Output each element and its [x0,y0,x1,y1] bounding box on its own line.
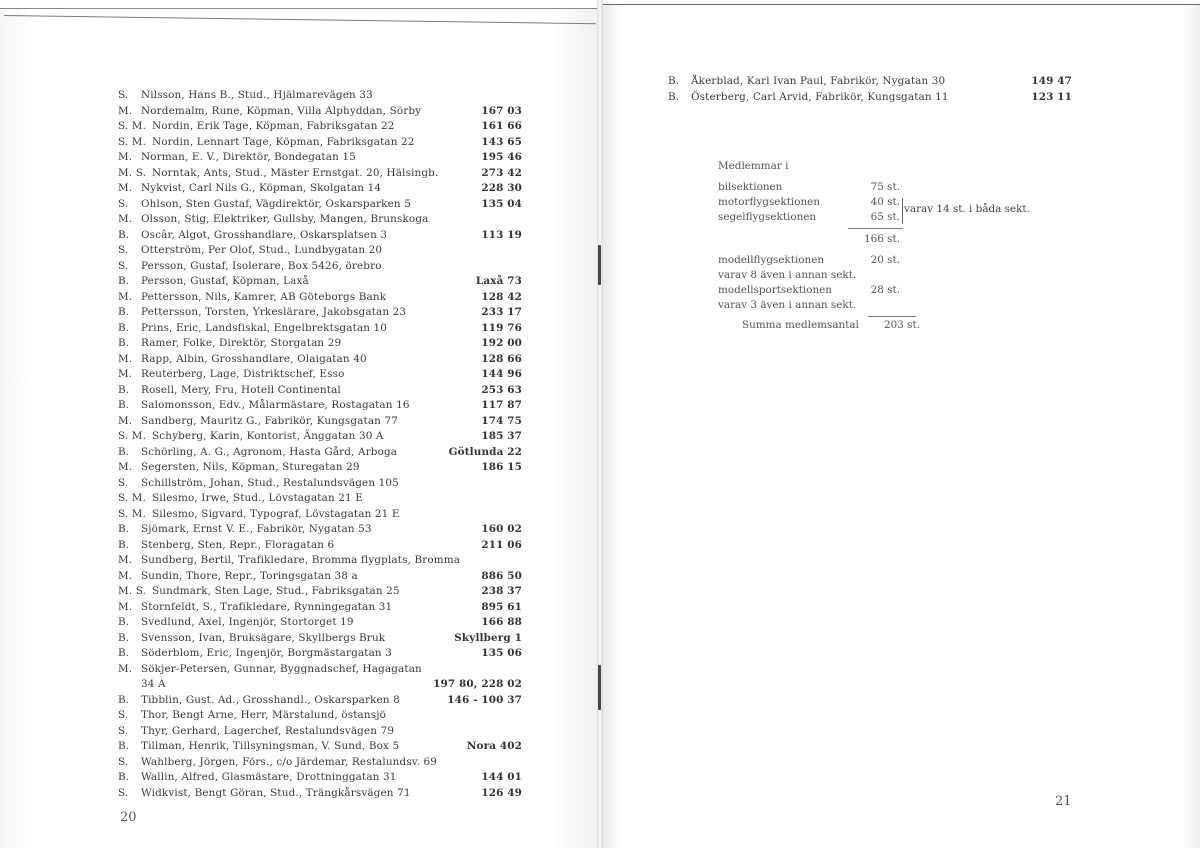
member-name-address: Sundmark, Sten Lage, Stud., Fabriksgatan… [152,584,400,600]
section-count: 65 st. [871,210,900,225]
member-name-address: Nordemalm, Rune, Köpman, Villa Alphyddan… [141,104,421,120]
page-number-left: 20 [120,810,137,825]
member-list-right: B.Åkerblad, Karl Ivan Paul, Fabrikör, Ny… [668,74,1072,105]
member-entry: S.Persson, Gustaf, Isolerare, Box 5426, … [118,259,522,275]
member-entry: S.Widkvist, Bengt Göran, Stud., Trängkår… [118,786,522,802]
stats-row-modellsport: modellsportsektionen 28 st. [718,283,900,298]
member-entry: M.Rapp, Albin, Grosshandlare, Olaigatan … [118,352,522,368]
member-entry: M. S.Norntak, Ants, Stud., Mäster Ernstg… [118,166,522,182]
phone-number: 895 61 [481,600,522,616]
member-name-address: Stornfeldt, S., Trafikledare, Rynningega… [141,600,392,616]
member-name-address: Salomonsson, Edv., Målarmästare, Rostaga… [141,398,410,414]
member-name-address: Söderblom, Eric, Ingenjör, Borgmästargat… [141,646,392,662]
member-name-address: Sökjer-Petersen, Gunnar, Byggnadschef, H… [141,662,422,678]
phone-number: 197 80, 228 02 [433,677,522,693]
total-value: 203 st. [884,318,920,333]
member-entry: S. M.Schyberg, Karin, Kontorist, Änggata… [118,429,522,445]
phone-number: 174 75 [481,414,522,430]
member-name-address: Åkerblad, Karl Ivan Paul, Fabrikör, Nyga… [691,74,945,90]
member-entry: B.Sjömark, Ernst V. E., Fabrikör, Nygata… [118,522,522,538]
phone-number: 135 06 [481,646,522,662]
phone-number: 113 19 [481,228,522,244]
total-label: Summa medlemsantal [742,318,859,333]
member-entry: M.Norman, E. V., Direktör, Bondegatan 15… [118,150,522,166]
phone-number: 135 04 [481,197,522,213]
member-entry: S.Thyr, Gerhard, Lagerchef, Restalundsvä… [118,724,522,740]
member-entry: B.Ramer, Folke, Direktör, Storgatan 2919… [118,336,522,352]
phone-number: 119 76 [481,321,522,337]
member-name-address: Thor, Bengt Arne, Herr, Märstalund, östa… [141,708,386,724]
member-entry: S. M.Silesmo, Irwe, Stud., Lövstagatan 2… [118,491,522,507]
member-name-address: Nykvist, Carl Nils G., Köpman, Skolgatan… [141,181,381,197]
total-rule [868,316,916,317]
stats-row-motorflyg: motorflygsektionen 40 st. [718,195,900,210]
stats-note-modellflyg: varav 8 även i annan sekt. [718,268,918,283]
member-name-address: Norntak, Ants, Stud., Mäster Ernstgat. 2… [152,166,438,182]
member-name-address: 34 A [141,677,166,693]
stats-row-bil: bilsektionen 75 st. [718,180,900,195]
member-name-address: Tillman, Henrik, Tillsyningsman, V. Sund… [141,739,399,755]
phone-number: 160 02 [481,522,522,538]
phone-number: Laxå 73 [476,274,522,290]
section-note: varav 8 även i annan sekt. [718,268,856,283]
member-name-address: Segersten, Nils, Köpman, Sturegatan 29 [141,460,360,476]
member-name-address: Pettersson, Nils, Kamrer, AB Göteborgs B… [141,290,386,306]
binding-mark [598,665,601,710]
phone-number: 144 96 [481,367,522,383]
section-count: 40 st. [871,195,900,210]
member-name-address: Norman, E. V., Direktör, Bondegatan 15 [141,150,356,166]
member-entry: S.Ohlson, Sten Gustaf, Vägdirektör, Oska… [118,197,522,213]
phone-number: 126 49 [481,786,522,802]
page-number-right: 21 [1055,794,1072,809]
member-entry: B.Rosell, Mery, Fru, Hotell Continental2… [118,383,522,399]
phone-number: 117 87 [481,398,522,414]
member-entry: M.Nykvist, Carl Nils G., Köpman, Skolgat… [118,181,522,197]
member-entry: 34 A197 80, 228 02 [118,677,522,693]
member-entry: B.Svensson, Ivan, Bruksägare, Skyllbergs… [118,631,522,647]
member-entry: S.Nilsson, Hans B., Stud., Hjälmarevägen… [118,88,522,104]
phone-number: 186 15 [481,460,522,476]
member-name-address: Pettersson, Torsten, Yrkeslärare, Jakobs… [141,305,406,321]
phone-number: 273 42 [481,166,522,182]
member-entry: B.Pettersson, Torsten, Yrkeslärare, Jako… [118,305,522,321]
section-note: varav 3 även i annan sekt. [718,298,856,313]
member-entry: S.Schillström, Johan, Stud., Restalundsv… [118,476,522,492]
member-name-address: Wahlberg, Jörgen, Förs., c/o Järdemar, R… [141,755,437,771]
member-name-address: Rosell, Mery, Fru, Hotell Continental [141,383,341,399]
member-name-address: Sundin, Thore, Repr., Toringsgatan 38 a [141,569,358,585]
stats-note-modellsport: varav 3 även i annan sekt. [718,298,918,313]
member-entry: M.Sandberg, Mauritz G., Fabrikör, Kungsg… [118,414,522,430]
member-name-address: Schörling, A. G., Agronom, Hasta Gård, A… [141,445,397,461]
member-entry: M.Nordemalm, Rune, Köpman, Villa Alphydd… [118,104,522,120]
member-entry: B.Söderblom, Eric, Ingenjör, Borgmästarg… [118,646,522,662]
member-entry: M.Pettersson, Nils, Kamrer, AB Göteborgs… [118,290,522,306]
phone-number: Skyllberg 1 [454,631,522,647]
member-name-address: Rapp, Albin, Grosshandlare, Olaigatan 40 [141,352,367,368]
member-entry: M.Sundberg, Bertil, Trafikledare, Bromma… [118,553,522,569]
phone-number: 128 42 [481,290,522,306]
member-name-address: Prins, Eric, Landsfiskal, Engelbrektsgat… [141,321,387,337]
member-name-address: Schillström, Johan, Stud., Restalundsväg… [141,476,399,492]
section-count: 75 st. [871,180,900,195]
phone-number: 886 50 [481,569,522,585]
member-name-address: Svedlund, Axel, Ingenjör, Stortorget 19 [141,615,354,631]
phone-number: 211 06 [481,538,522,554]
section-label: segelflygsektionen [718,210,816,225]
phone-number: 253 63 [481,383,522,399]
member-entry: M. S.Sundmark, Sten Lage, Stud., Fabriks… [118,584,522,600]
member-entry: M.Reuterberg, Lage, Distriktschef, Esso1… [118,367,522,383]
right-page [603,4,1200,848]
phone-number: Nora 402 [467,739,522,755]
sum-rule [848,228,903,229]
phone-number: 228 30 [481,181,522,197]
phone-number: 192 00 [481,336,522,352]
member-name-address: Silesmo, Irwe, Stud., Lövstagatan 21 E [152,491,363,507]
phone-number: 167 03 [481,104,522,120]
phone-number: 146 - 100 37 [447,693,522,709]
member-entry: B.Persson, Gustaf, Köpman, LaxåLaxå 73 [118,274,522,290]
member-entry: B.Prins, Eric, Landsfiskal, Engelbrektsg… [118,321,522,337]
member-name-address: Tibblin, Gust. Ad., Grosshandl., Oskarsp… [141,693,400,709]
section-label: motorflygsektionen [718,195,820,210]
member-entry: S.Otterström, Per Olof, Stud., Lundbygat… [118,243,522,259]
member-entry: B.Åkerblad, Karl Ivan Paul, Fabrikör, Ny… [668,74,1072,90]
member-name-address: Ohlson, Sten Gustaf, Vägdirektör, Oskars… [141,197,411,213]
phone-number: 143 65 [481,135,522,151]
member-name-address: Persson, Gustaf, Köpman, Laxå [141,274,309,290]
member-entry: S. M.Nordin, Lennart Tage, Köpman, Fabri… [118,135,522,151]
member-entry: S. M.Nordin, Erik Tage, Köpman, Fabriksg… [118,119,522,135]
phone-number: 144 01 [481,770,522,786]
phone-number: 195 46 [481,150,522,166]
page-edge-line [4,15,596,24]
overlap-note: varav 14 st. i båda sekt. [904,203,1030,215]
phone-number: Götlunda 22 [449,445,522,461]
section-label: modellsportsektionen [718,283,832,298]
member-name-address: Nordin, Lennart Tage, Köpman, Fabriksgat… [152,135,415,151]
member-name-address: Svensson, Ivan, Bruksägare, Skyllbergs B… [141,631,385,647]
member-name-address: Otterström, Per Olof, Stud., Lundbygatan… [141,243,382,259]
member-entry: S.Thor, Bengt Arne, Herr, Märstalund, ös… [118,708,522,724]
phone-number: 128 66 [481,352,522,368]
member-entry: B.Tibblin, Gust. Ad., Grosshandl., Oskar… [118,693,522,709]
member-name-address: Thyr, Gerhard, Lagerchef, Restalundsväge… [141,724,394,740]
phone-number: 123 11 [1031,90,1072,106]
member-entry: B.Salomonsson, Edv., Målarmästare, Rosta… [118,398,522,414]
stats-row-segelflyg: segelflygsektionen 65 st. [718,210,900,225]
phone-number: 238 37 [481,584,522,600]
member-name-address: Sundberg, Bertil, Trafikledare, Bromma f… [141,553,460,569]
member-entry: S.Wahlberg, Jörgen, Förs., c/o Järdemar,… [118,755,522,771]
member-name-address: Schyberg, Karin, Kontorist, Änggatan 30 … [152,429,384,445]
member-entry: M.Segersten, Nils, Köpman, Sturegatan 29… [118,460,522,476]
phone-number: 185 37 [481,429,522,445]
member-name-address: Österberg, Carl Arvid, Fabrikör, Kungsga… [691,90,949,106]
subtotal-value: 166 st. [864,232,900,247]
binding-mark [598,245,601,285]
member-entry: B.Wallin, Alfred, Glasmästare, Drottning… [118,770,522,786]
member-name-address: Stenberg, Sten, Repr., Floragatan 6 [141,538,334,554]
stats-total: Summa medlemsantal 203 st. [742,318,920,333]
member-name-address: Nordin, Erik Tage, Köpman, Fabriksgatan … [152,119,395,135]
member-entry: B.Tillman, Henrik, Tillsyningsman, V. Su… [118,739,522,755]
member-entry: B.Stenberg, Sten, Repr., Floragatan 6211… [118,538,522,554]
member-entry: B.Oscâr, Algot, Grosshandlare, Oskarspla… [118,228,522,244]
member-entry: B.Schörling, A. G., Agronom, Hasta Gård,… [118,445,522,461]
member-name-address: Reuterberg, Lage, Distriktschef, Esso [141,367,345,383]
member-entry: M.Sökjer-Petersen, Gunnar, Byggnadschef,… [118,662,522,678]
bracket [902,198,903,224]
member-entry: M.Sundin, Thore, Repr., Toringsgatan 38 … [118,569,522,585]
phone-number: 166 88 [481,615,522,631]
stats-heading: Medlemmar i [718,160,788,172]
member-list-left: S.Nilsson, Hans B., Stud., Hjälmarevägen… [118,88,522,801]
member-name-address: Widkvist, Bengt Göran, Stud., Trängkårsv… [141,786,411,802]
member-name-address: Oscâr, Algot, Grosshandlare, Oskarsplats… [141,228,387,244]
stats-row-modellflyg: modellflygsektionen 20 st. [718,253,900,268]
book-spread: S.Nilsson, Hans B., Stud., Hjälmarevägen… [0,0,1200,848]
phone-number: 149 47 [1031,74,1072,90]
member-name-address: Sjömark, Ernst V. E., Fabrikör, Nygatan … [141,522,372,538]
member-entry: B.Österberg, Carl Arvid, Fabrikör, Kungs… [668,90,1072,106]
member-name-address: Persson, Gustaf, Isolerare, Box 5426, ör… [141,259,382,275]
section-label: modellflygsektionen [718,253,824,268]
member-name-address: Silesmo, Sigvard, Typograf, Lövstagatan … [152,507,400,523]
member-entry: B.Svedlund, Axel, Ingenjör, Stortorget 1… [118,615,522,631]
phone-number: 161 66 [481,119,522,135]
member-name-address: Wallin, Alfred, Glasmästare, Drottningga… [141,770,397,786]
section-label: bilsektionen [718,180,782,195]
member-entry: M.Olsson, Stig, Elektriker, Gullsby, Man… [118,212,522,228]
section-count: 28 st. [871,283,900,298]
member-entry: S. M.Silesmo, Sigvard, Typograf, Lövstag… [118,507,522,523]
member-name-address: Olsson, Stig, Elektriker, Gullsby, Mange… [141,212,429,228]
member-name-address: Nilsson, Hans B., Stud., Hjälmarevägen 3… [141,88,373,104]
member-name-address: Sandberg, Mauritz G., Fabrikör, Kungsgat… [141,414,398,430]
member-name-address: Ramer, Folke, Direktör, Storgatan 29 [141,336,341,352]
stats-subtotal: 166 st. [718,232,900,247]
phone-number: 233 17 [481,305,522,321]
member-entry: M.Stornfeldt, S., Trafikledare, Rynninge… [118,600,522,616]
section-count: 20 st. [871,253,900,268]
